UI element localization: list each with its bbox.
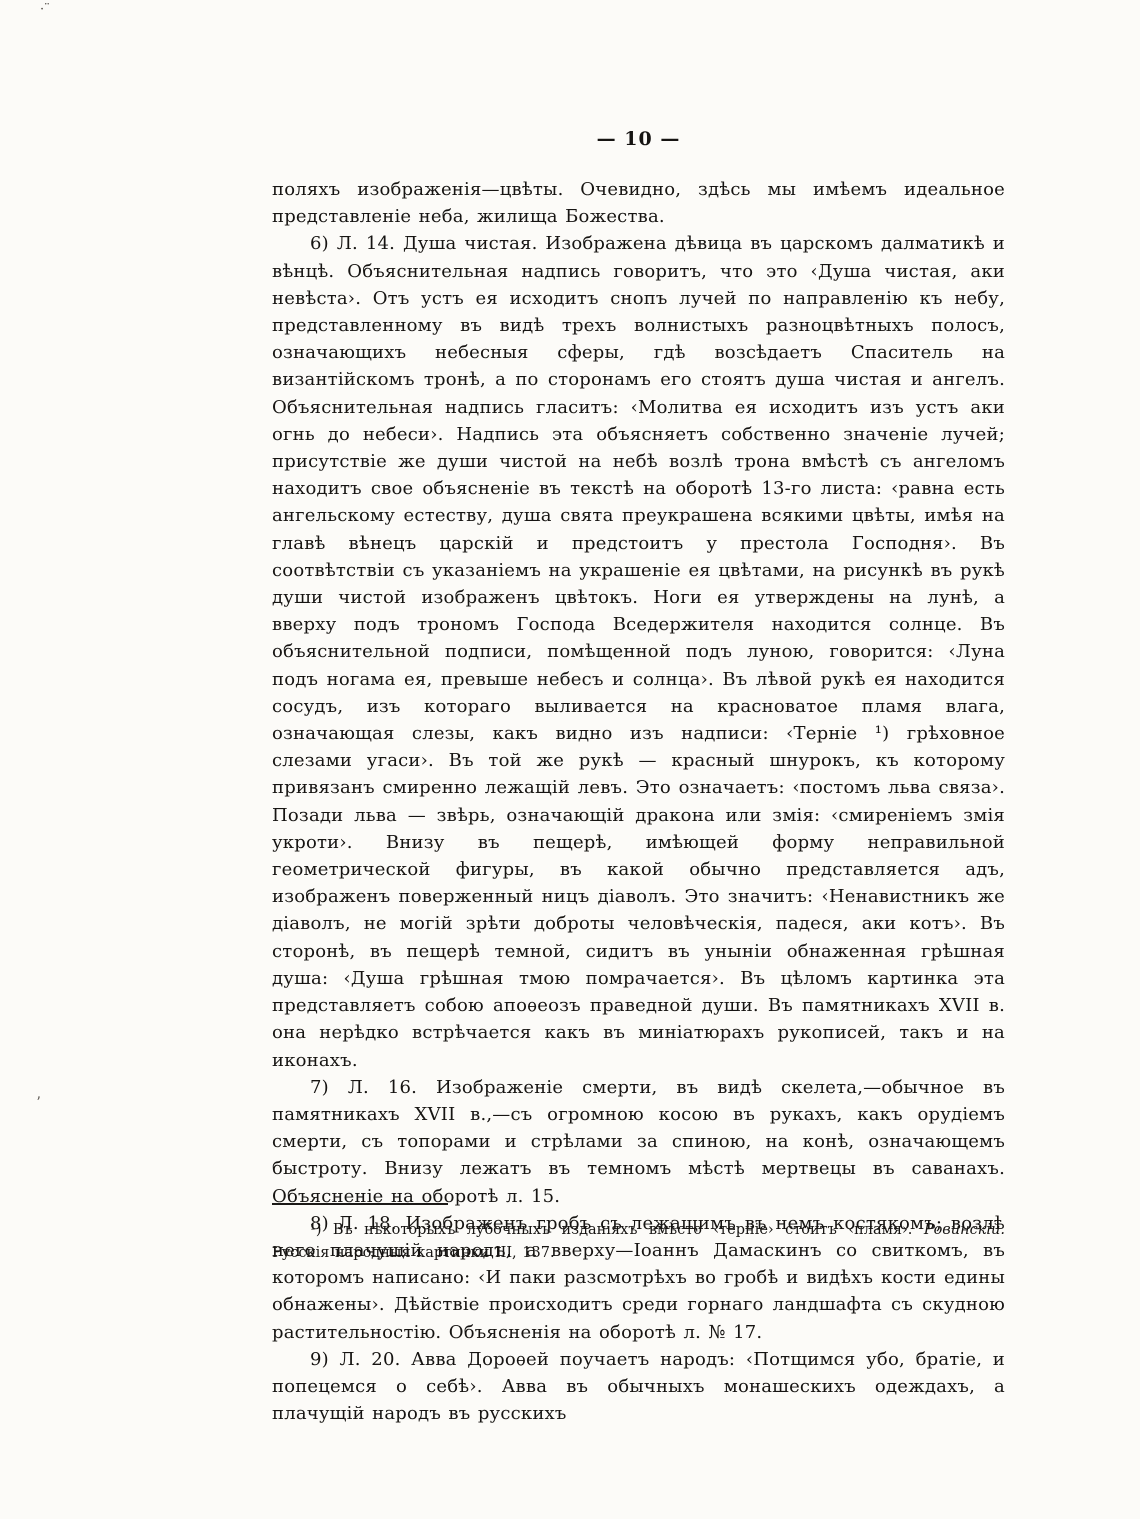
paragraph-item-6: 6) Л. 14. Душа чистая. Изображена дѣвица… (272, 230, 1005, 1073)
book-page: · ̈ ‚ — 10 — поляхъ изображенія—цвѣты. О… (0, 0, 1140, 1519)
footnote-marker: ¹) (310, 1222, 333, 1238)
paragraph-item-7: 7) Л. 16. Изображеніе смерти, въ видѣ ск… (272, 1074, 1005, 1210)
footnote-author: Ровинскій. (924, 1222, 1005, 1238)
paragraph-continuation: поляхъ изображенія—цвѣты. Очевидно, здѣс… (272, 176, 1005, 230)
footnote: ¹) Въ нѣкоторыхъ лубочныхъ изданіяхъ вмѣ… (272, 1219, 1005, 1265)
footnote-source: Русскія народныя картинки III, 137. (272, 1245, 555, 1261)
footnote-body: Въ нѣкоторыхъ лубочныхъ изданіяхъ вмѣсто… (333, 1222, 924, 1238)
paragraph-item-9: 9) Л. 20. Авва Дороѳей поучаетъ народъ: … (272, 1346, 1005, 1428)
footnote-divider (272, 1203, 448, 1205)
page-number: — 10 — (272, 128, 1005, 150)
footnote-section: ¹) Въ нѣкоторыхъ лубочныхъ изданіяхъ вмѣ… (272, 1203, 1005, 1265)
scan-speck-top: · ̈ (40, 2, 52, 17)
scan-speck-side: ‚ (35, 1086, 42, 1102)
